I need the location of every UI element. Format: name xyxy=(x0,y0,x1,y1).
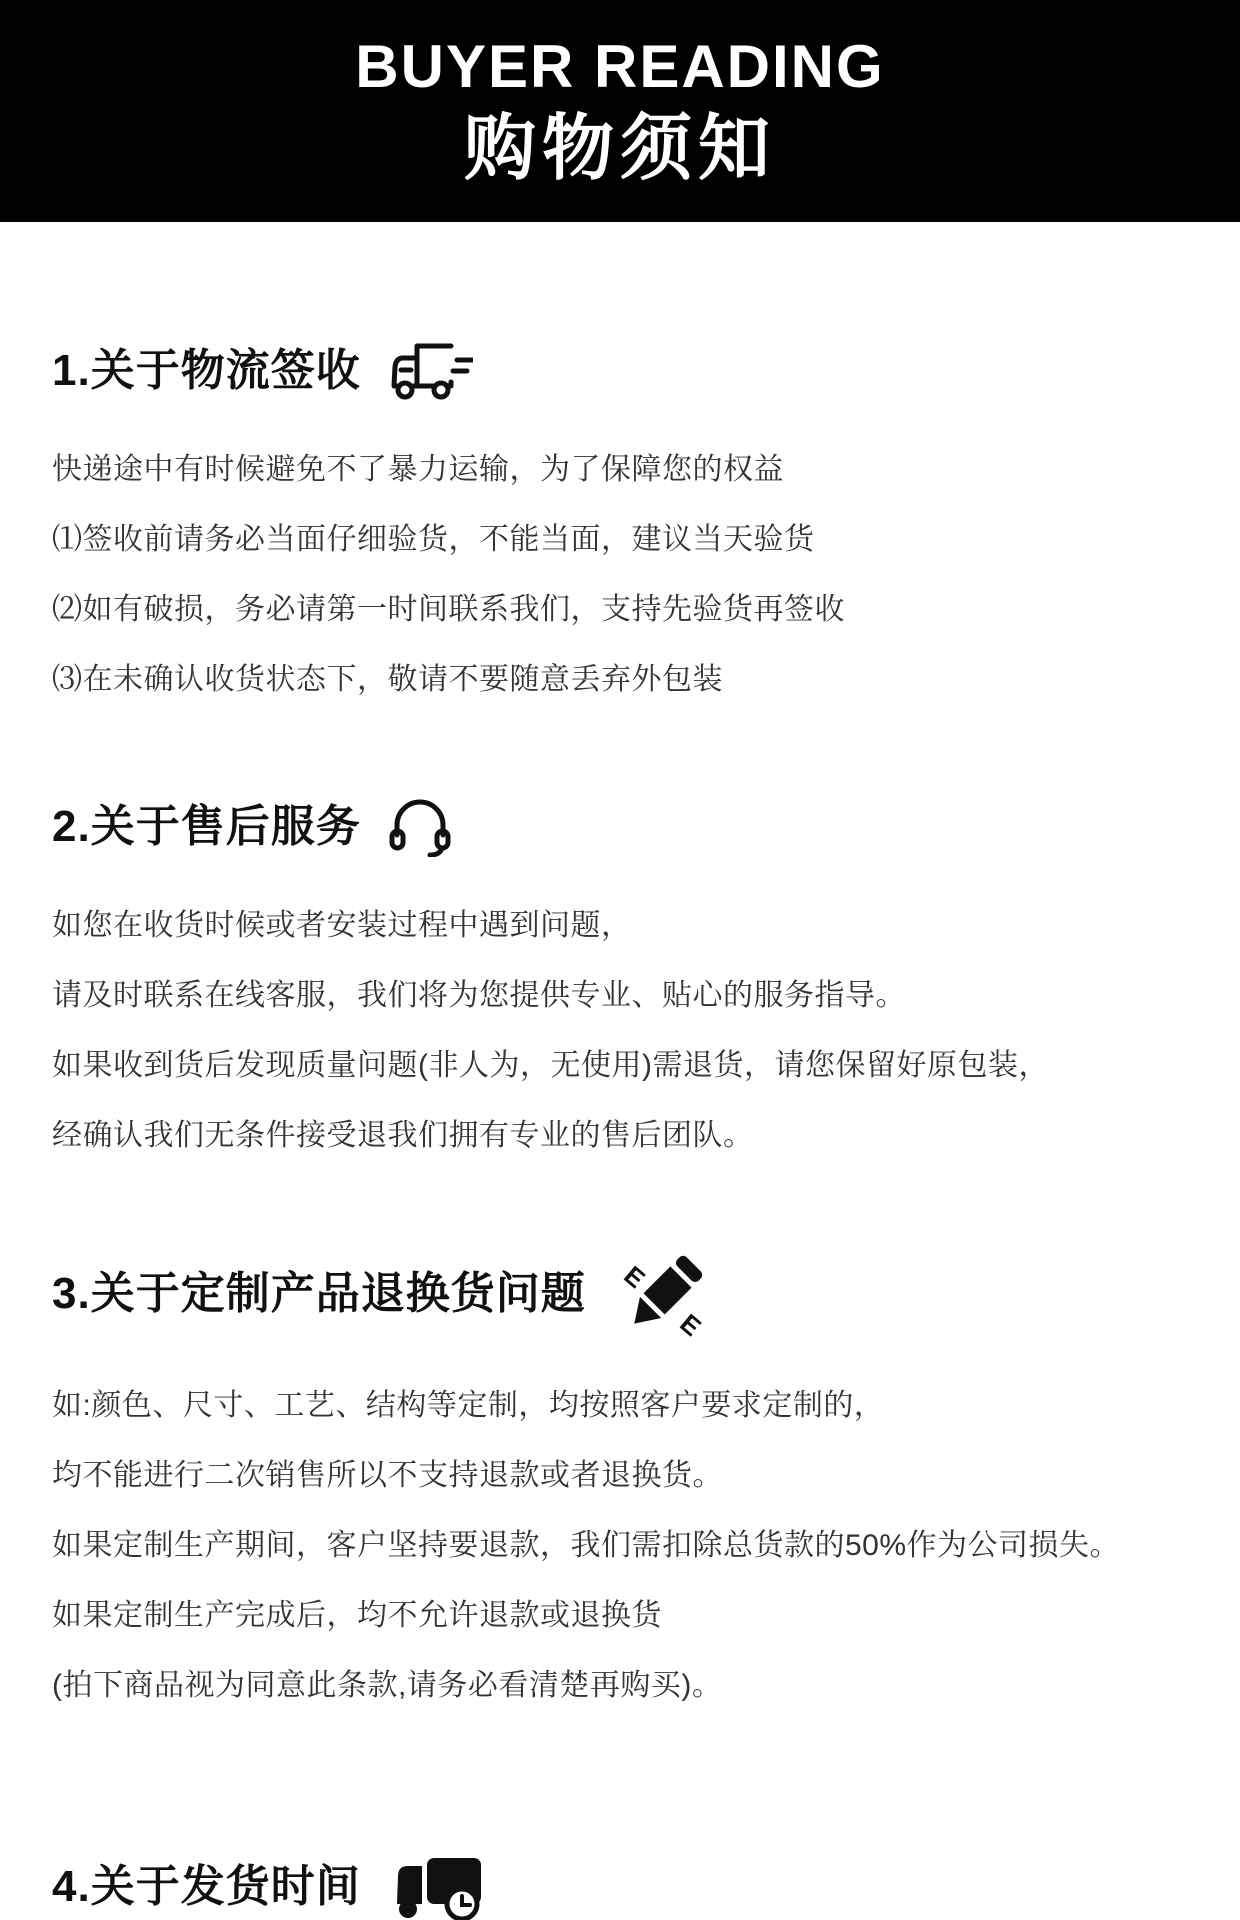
headset-icon xyxy=(389,797,451,857)
section-2-title: 2.关于售后服务 xyxy=(52,796,361,858)
pencil-edit-icon: E E xyxy=(614,1250,714,1338)
body-line: 如:颜色、尺寸、工艺、结构等定制，均按照客户要求定制的， xyxy=(52,1388,1210,1424)
body-line: 快递途中有时候避免不了暴力运输，为了保障您的权益 xyxy=(52,452,1210,488)
section-logistics: 1.关于物流签收 快递途中有时候避免不了暴力运输，为了保障您的权益 ⑴签收前请务… xyxy=(52,340,1210,698)
body-line: 如果定制生产期间，客户坚持要退款，我们需扣除总货款的50%作为公司损失。 xyxy=(52,1528,1210,1564)
body-line: (拍下商品视为同意此条款,请务必看清楚再购买)。 xyxy=(52,1668,1210,1704)
section-shipping-time: 4.关于发货时间 xyxy=(52,1852,1210,1920)
body-line: 如果收到货后发现质量问题(非人为，无使用)需退货，请您保留好原包装， xyxy=(52,1048,1210,1084)
truck-clock-icon xyxy=(389,1852,483,1920)
body-line: 请及时联系在线客服，我们将为您提供专业、贴心的服务指导。 xyxy=(52,978,1210,1014)
section-custom-returns: 3.关于定制产品退换货问题 E E 如:颜色、尺寸、工艺、结构等定制，均按照客户… xyxy=(52,1250,1210,1704)
body-line: 如您在收货时候或者安装过程中遇到问题， xyxy=(52,908,1210,944)
body-line: ⑴签收前请务必当面仔细验货，不能当面，建议当天验货 xyxy=(52,522,1210,558)
section-3-heading: 3.关于定制产品退换货问题 E E xyxy=(52,1250,1210,1338)
banner-title-en: BUYER READING xyxy=(355,37,884,97)
content: 1.关于物流签收 快递途中有时候避免不了暴力运输，为了保障您的权益 ⑴签收前请务… xyxy=(0,340,1240,1920)
section-4-heading: 4.关于发货时间 xyxy=(52,1852,1210,1920)
body-line: 均不能进行二次销售所以不支持退款或者退换货。 xyxy=(52,1458,1210,1494)
body-line: ⑶在未确认收货状态下，敬请不要随意丢弃外包装 xyxy=(52,662,1210,698)
section-3-title: 3.关于定制产品退换货问题 xyxy=(52,1263,586,1325)
section-1-heading: 1.关于物流签收 xyxy=(52,340,1210,402)
banner-title-zh: 购物须知 xyxy=(464,113,776,185)
body-line: ⑵如有破损，务必请第一时间联系我们，支持先验货再签收 xyxy=(52,592,1210,628)
svg-text:E: E xyxy=(674,1308,707,1338)
svg-text:E: E xyxy=(618,1260,651,1295)
section-2-heading: 2.关于售后服务 xyxy=(52,796,1210,858)
section-4-title: 4.关于发货时间 xyxy=(52,1856,361,1918)
header-banner: BUYER READING 购物须知 xyxy=(0,0,1240,222)
body-line: 经确认我们无条件接受退我们拥有专业的售后团队。 xyxy=(52,1118,1210,1154)
body-line: 如果定制生产完成后，均不允许退款或退换货 xyxy=(52,1598,1210,1634)
delivery-truck-icon xyxy=(389,340,473,402)
section-after-sales: 2.关于售后服务 如您在收货时候或者安装过程中遇到问题， 请及时联系在线客服，我… xyxy=(52,796,1210,1154)
section-1-title: 1.关于物流签收 xyxy=(52,340,361,402)
